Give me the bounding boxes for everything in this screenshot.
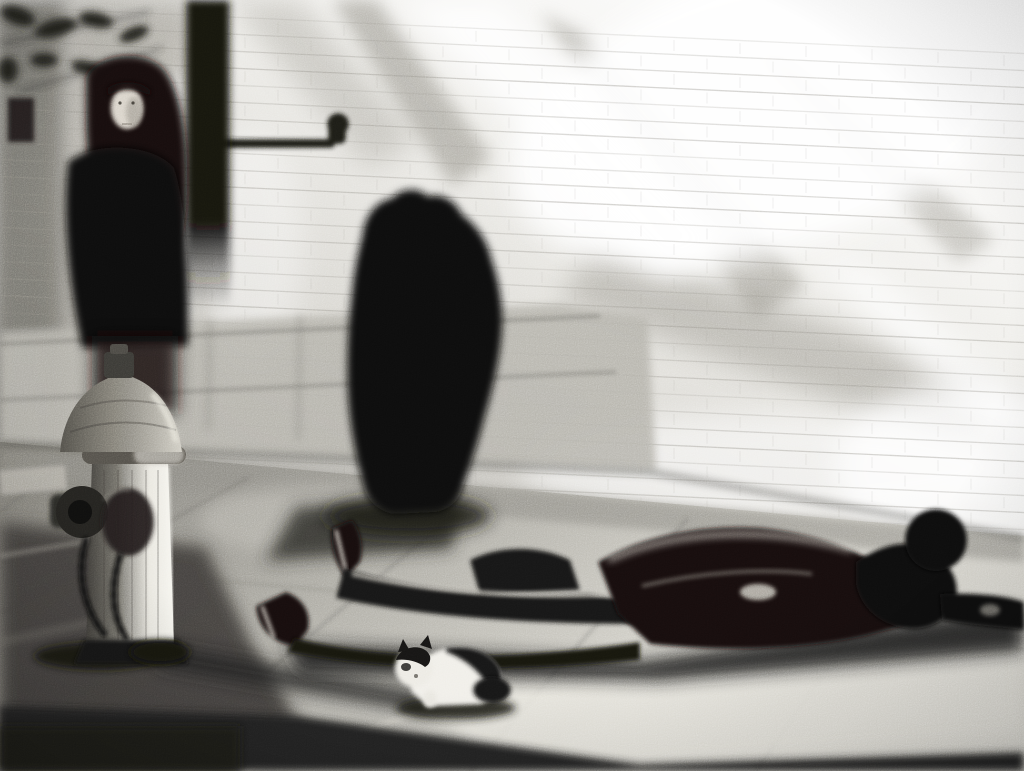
noir-street-photo xyxy=(0,0,1024,771)
photograph xyxy=(0,0,1024,771)
film-grain-overlay xyxy=(0,0,1024,771)
